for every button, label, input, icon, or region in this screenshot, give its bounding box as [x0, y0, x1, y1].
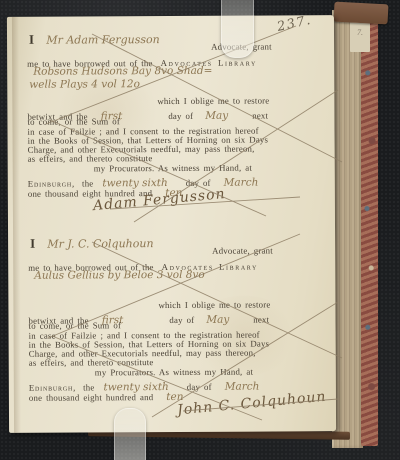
signed-month: March — [224, 177, 259, 189]
day-of-label: day of — [186, 178, 211, 188]
book-foredge — [332, 10, 363, 448]
photograph-of-register: 7. 237. I Mr Adam Fergusson Advocate, gr… — [0, 0, 400, 460]
page-strap-bottom — [114, 408, 146, 460]
restore-label: which I oblige me to restore — [158, 299, 270, 310]
borrower-name: Mr J. C. Colquhoun — [47, 237, 153, 251]
day-of-label: day of — [187, 382, 212, 392]
to-come-label: to come, or the Sum of — [29, 320, 122, 330]
restore-label: which I oblige me to restore — [157, 95, 269, 106]
return-month: May — [206, 314, 229, 326]
advocate-grant-label: Advocate, grant — [212, 245, 273, 255]
day-of-label: day of — [168, 111, 193, 121]
register-page: 237. I Mr Adam Fergusson Advocate, grant… — [7, 15, 336, 433]
return-month: May — [205, 110, 228, 122]
failzie-line-4: as effeirs, and thereto constitute — [28, 153, 153, 164]
signed-month: March — [225, 381, 260, 393]
next-label: next — [253, 314, 269, 324]
stub-page-number: 7. — [357, 28, 363, 37]
borrow-entry-fergusson: I Mr Adam Fergusson Advocate, grant me t… — [7, 29, 335, 236]
next-page-stub: 7. — [350, 22, 370, 52]
to-come-label: to come, or the Sum of — [27, 116, 120, 126]
book-title-line-1: Aulus Gellius by Beloe 3 vol 8vo — [34, 269, 204, 282]
marbled-board-edge — [361, 22, 378, 446]
day-of-label: day of — [169, 315, 194, 325]
borrower-name: Mr Adam Fergusson — [46, 33, 159, 47]
page-strap-top — [221, 0, 254, 58]
pronoun-I: I — [29, 32, 34, 47]
pronoun-I: I — [30, 236, 35, 251]
borrow-entry-colquhoun: I Mr J. C. Colquhoun Advocate, grant me … — [8, 233, 336, 440]
next-label: next — [252, 110, 268, 120]
failzie-line-4: as effeirs, and thereto constitute — [29, 357, 154, 368]
one-thousand-label: one thousand eight hundred and — [29, 392, 153, 403]
leather-cover-corner — [334, 2, 389, 25]
book-title-line-2: wells Plays 4 vol 12o — [29, 78, 140, 91]
book-title-line-1: Robsons Hudsons Bay 8vo Shad= — [33, 65, 212, 78]
